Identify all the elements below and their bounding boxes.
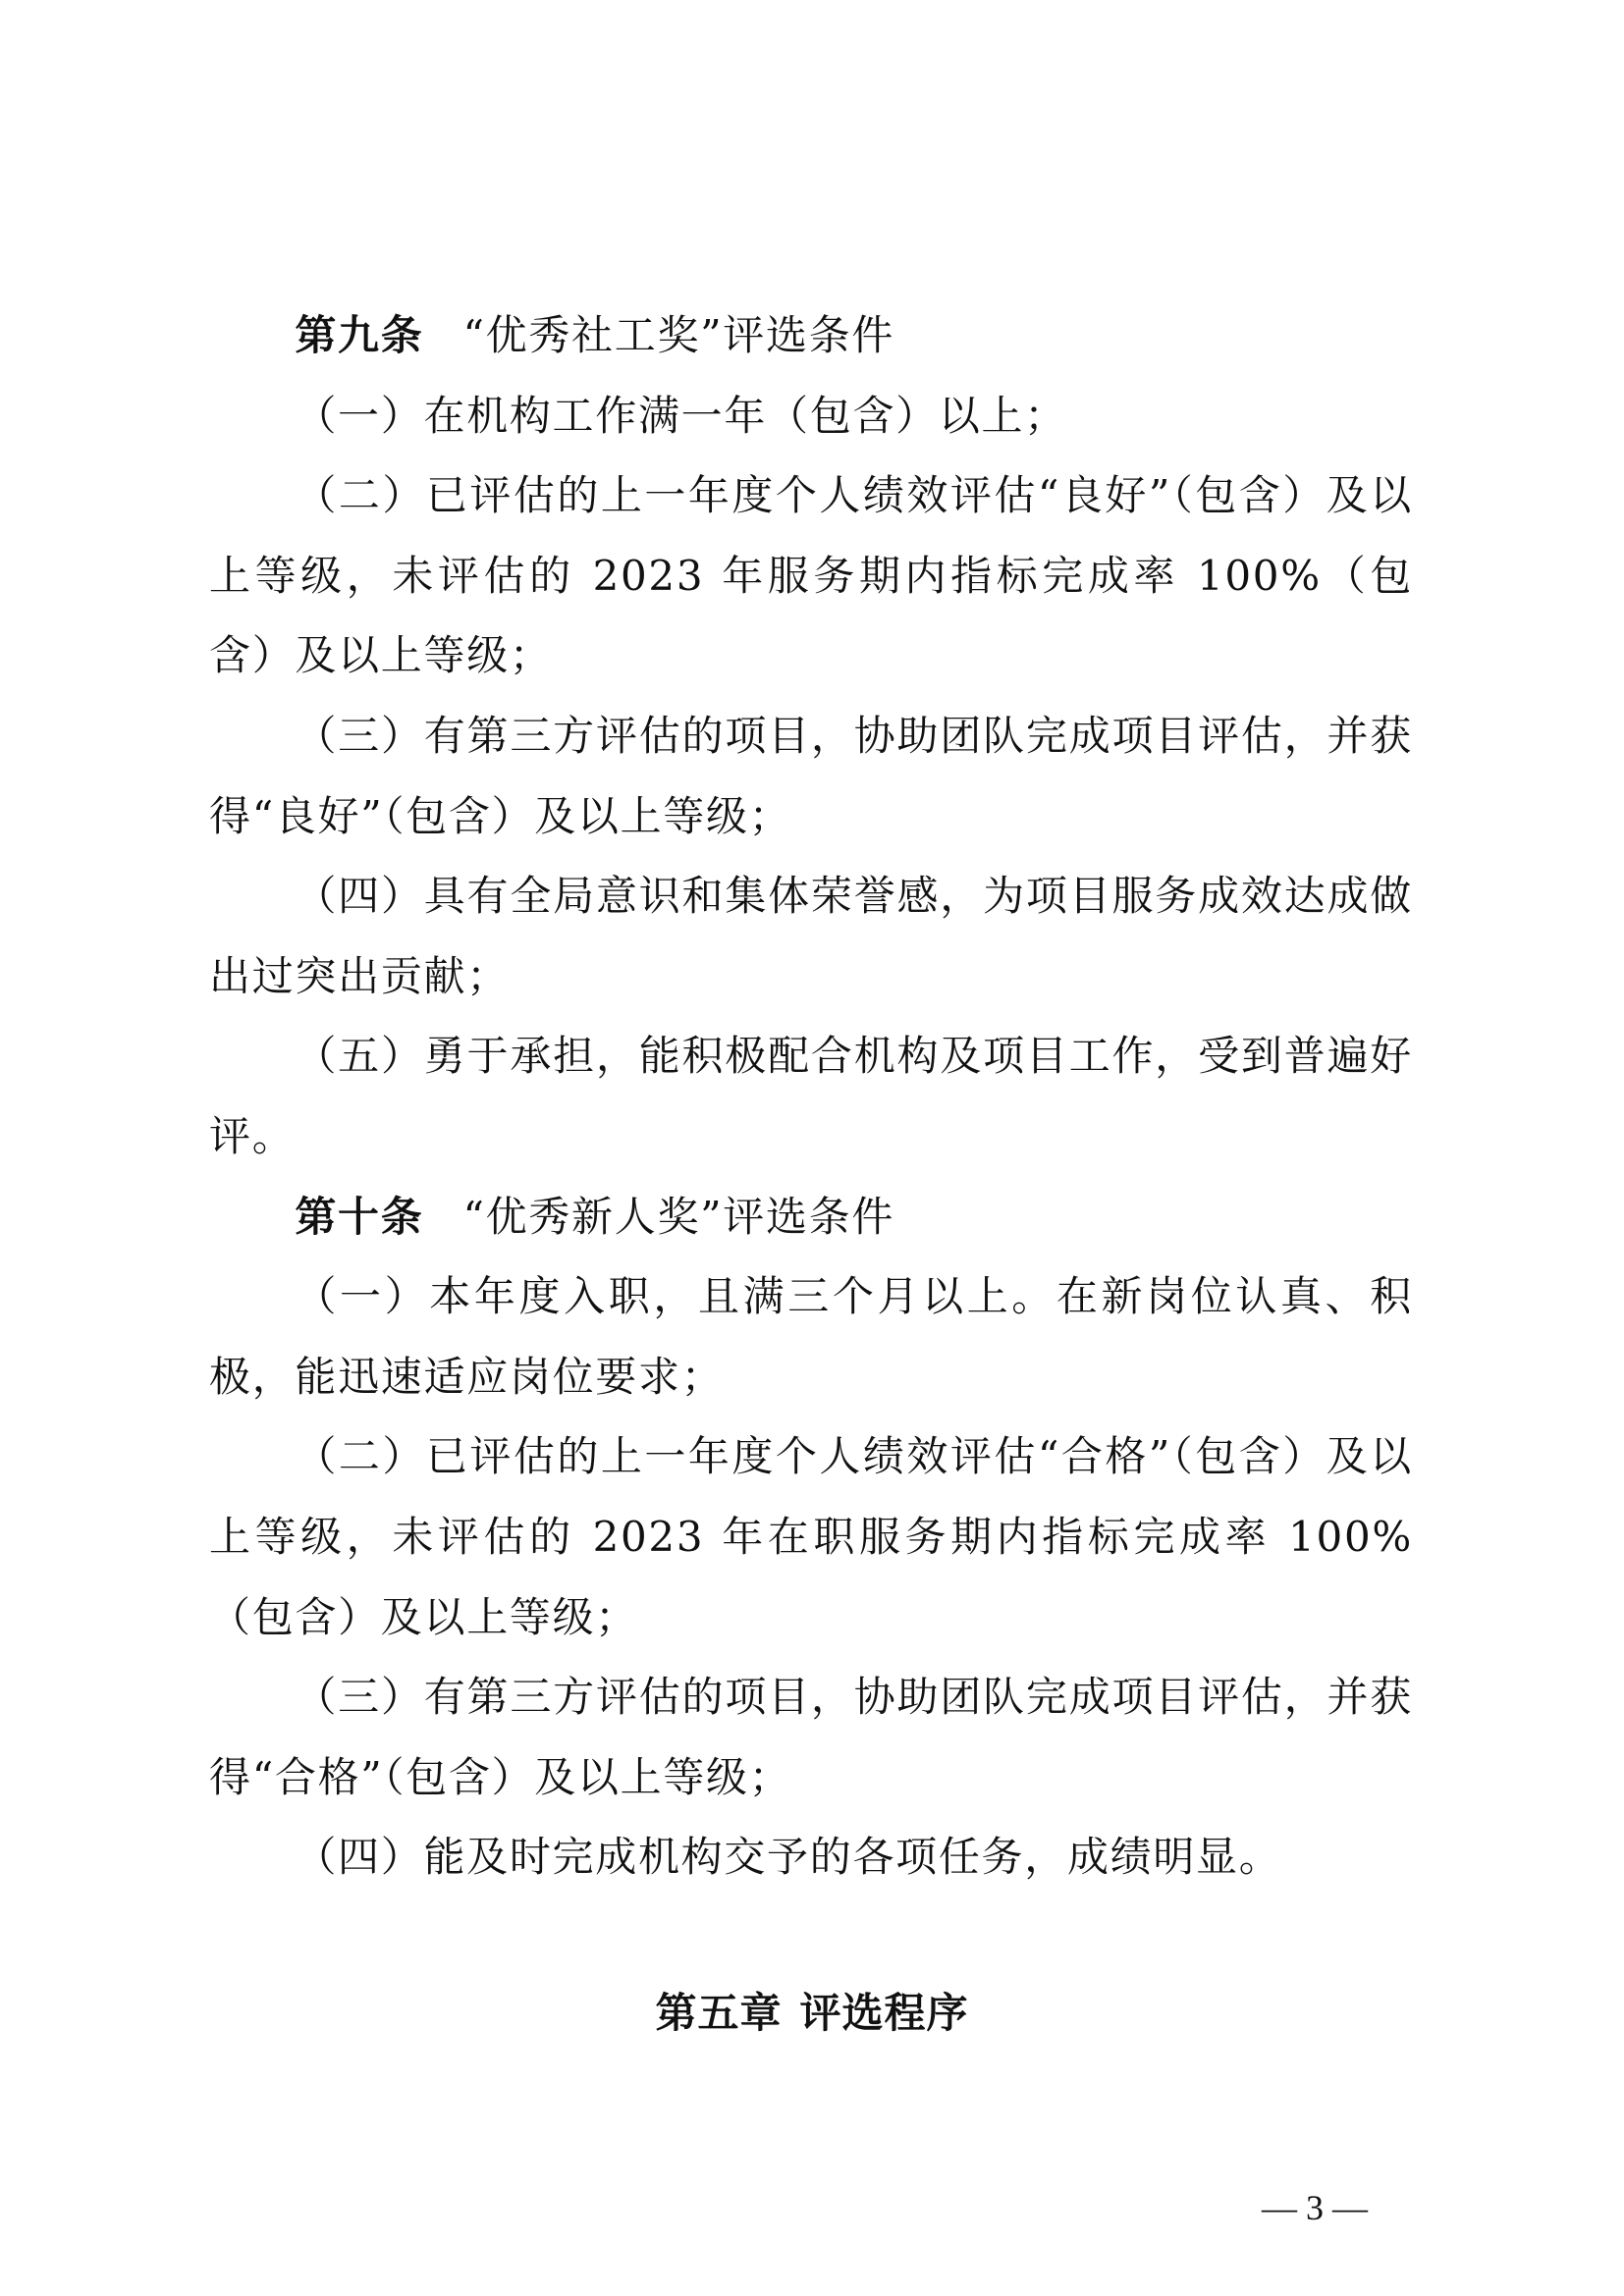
- article-heading: 第九条“优秀社工奖”评选条件: [209, 295, 1413, 376]
- document-body: 第九条“优秀社工奖”评选条件 （一）在机构工作满一年（包含）以上； （二）已评估…: [209, 295, 1413, 1897]
- article-number: 第十条: [295, 1193, 423, 1241]
- chapter-title: 评选程序: [800, 1989, 969, 2037]
- article-item: （三）有第三方评估的项目，协助团队完成项目评估，并获得“合格”（包含）及以上等级…: [209, 1657, 1413, 1817]
- article-item: （四）能及时完成机构交予的各项任务，成绩明显。: [209, 1817, 1413, 1897]
- chapter-heading: 第五章评选程序: [0, 1981, 1624, 2040]
- article-item: （四）具有全局意识和集体荣誉感，为项目服务成效达成做出过突出贡献；: [209, 856, 1413, 1016]
- article-item: （三）有第三方评估的项目，协助团队完成项目评估，并获得“良好”（包含）及以上等级…: [209, 696, 1413, 856]
- article-item: （一）本年度入职，且满三个月以上。在新岗位认真、积极，能迅速适应岗位要求；: [209, 1256, 1413, 1416]
- chapter-number: 第五章: [655, 1989, 782, 2037]
- article-title: “优秀社工奖”评选条件: [462, 311, 894, 359]
- article-item: （二）已评估的上一年度个人绩效评估“良好”（包含）及以上等级，未评估的 2023…: [209, 455, 1413, 696]
- article-item: （五）勇于承担，能积极配合机构及项目工作，受到普遍好评。: [209, 1016, 1413, 1176]
- article-item: （二）已评估的上一年度个人绩效评估“合格”（包含）及以上等级，未评估的 2023…: [209, 1416, 1413, 1657]
- article-title: “优秀新人奖”评选条件: [462, 1193, 894, 1241]
- article-number: 第九条: [295, 311, 423, 359]
- article-heading: 第十条“优秀新人奖”评选条件: [209, 1177, 1413, 1257]
- article-item: （一）在机构工作满一年（包含）以上；: [209, 376, 1413, 456]
- page-number: — 3 —: [1262, 2187, 1368, 2228]
